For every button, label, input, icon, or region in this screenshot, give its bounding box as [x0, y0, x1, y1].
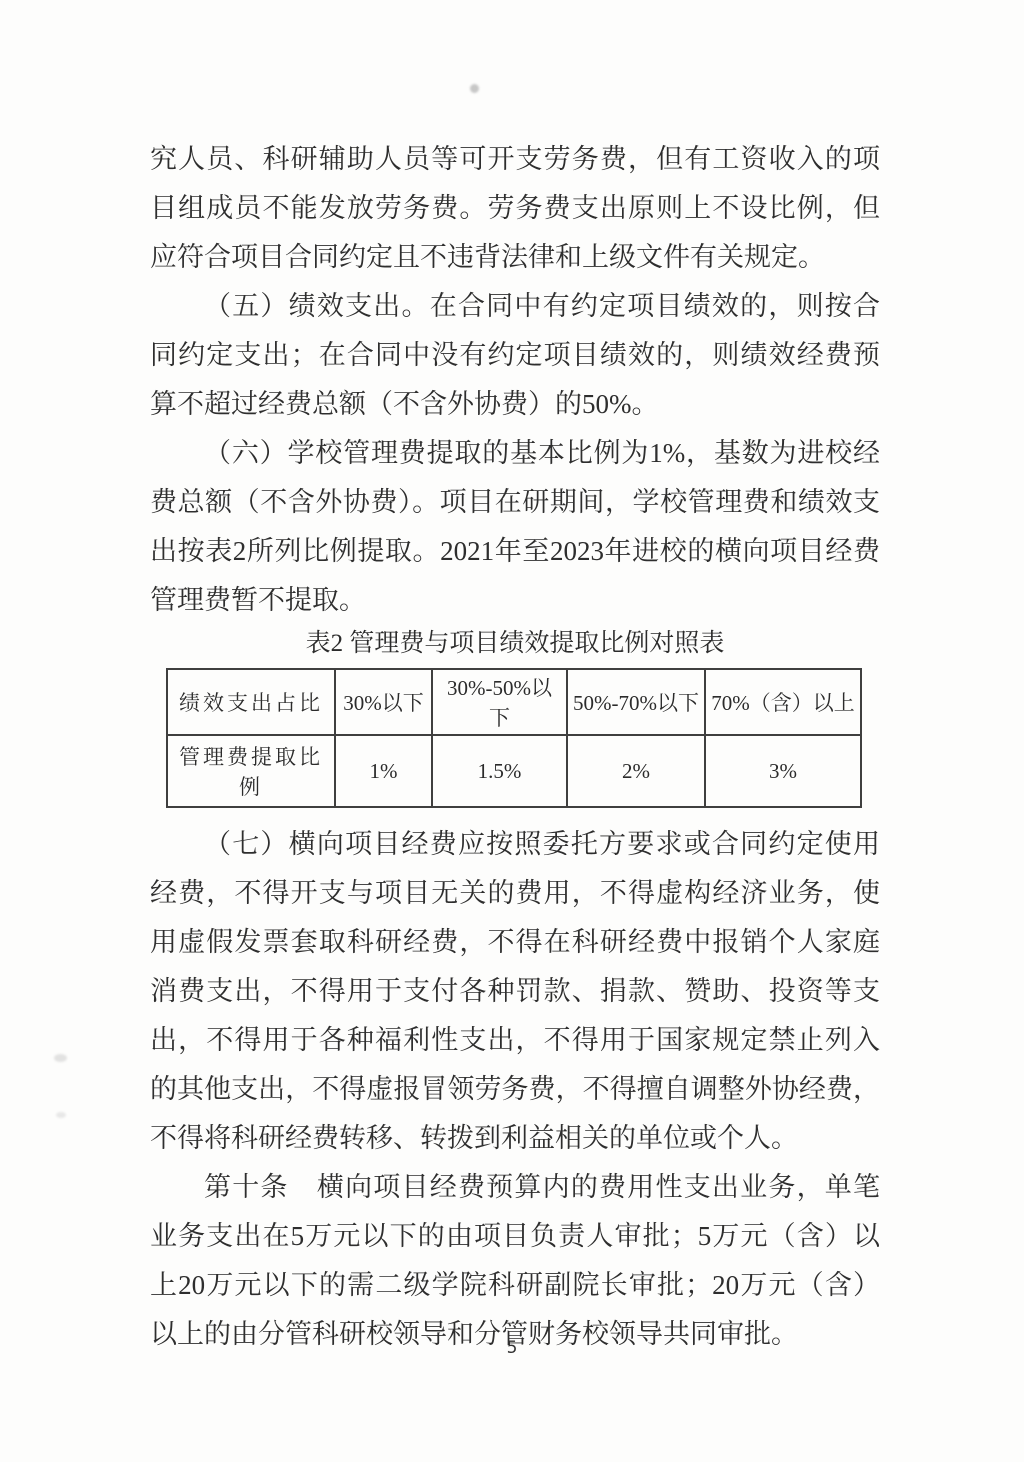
text-line: （七）横向项目经费应按照委托方要求或合同约定使用 — [150, 820, 880, 869]
table-cell: 1.5% — [432, 735, 567, 807]
document-body: 究人员、科研辅助人员等可开支劳务费，但有工资收入的项目组成员不能发放劳务费。劳务… — [150, 135, 880, 1359]
table-cell: 2% — [567, 735, 705, 807]
text-line: 第十条 横向项目经费预算内的费用性支出业务，单笔 — [150, 1163, 880, 1212]
table-header-cell: 30%以下 — [335, 669, 432, 735]
text-line: 同约定支出；在合同中没有约定项目绩效的，则绩效经费预 — [150, 331, 880, 380]
table-row: 绩效支出占比30%以下30%-50%以下50%-70%以下70%（含）以上 — [167, 669, 861, 735]
text-line: 用虚假发票套取科研经费，不得在科研经费中报销个人家庭 — [150, 918, 880, 967]
paragraph-item-7-usage-restrictions: （七）横向项目经费应按照委托方要求或合同约定使用经费，不得开支与项目无关的费用，… — [150, 820, 880, 1163]
text-line: 究人员、科研辅助人员等可开支劳务费，但有工资收入的项 — [150, 135, 880, 184]
text-line: （五）绩效支出。在合同中有约定项目绩效的，则按合 — [150, 282, 880, 331]
page-number: 5 — [0, 1338, 1024, 1358]
table-row: 管理费提取比例1%1.5%2%3% — [167, 735, 861, 807]
text-line: 出按表2所列比例提取。2021年至2023年进校的横向项目经费 — [150, 527, 880, 576]
text-line: 管理费暂不提取。 — [150, 576, 880, 625]
text-line: 的其他支出，不得虚报冒领劳务费，不得擅自调整外协经费， — [150, 1065, 880, 1114]
table-caption: 表2 管理费与项目绩效提取比例对照表 — [150, 627, 880, 661]
text-line: 消费支出，不得用于支付各种罚款、捐款、赞助、投资等支 — [150, 967, 880, 1016]
text-line: 上20万元以下的需二级学院科研副院长审批；20万元（含） — [150, 1261, 880, 1310]
table-cell: 1% — [335, 735, 432, 807]
scan-speck — [470, 84, 479, 93]
paragraph-article-10-approval: 第十条 横向项目经费预算内的费用性支出业务，单笔业务支出在5万元以下的由项目负责… — [150, 1163, 880, 1359]
scan-speck — [54, 1054, 67, 1062]
table-cell: 管理费提取比例 — [167, 735, 335, 807]
text-line: 业务支出在5万元以下的由项目负责人审批；5万元（含）以 — [150, 1212, 880, 1261]
table-header-cell: 50%-70%以下 — [567, 669, 705, 735]
paragraph-item-5-performance-expense: （五）绩效支出。在合同中有约定项目绩效的，则按合同约定支出；在合同中没有约定项目… — [150, 282, 880, 429]
table-header-cell: 绩效支出占比 — [167, 669, 335, 735]
table-header-cell: 30%-50%以下 — [432, 669, 567, 735]
table-header-cell: 70%（含）以上 — [705, 669, 861, 735]
text-line: 目组成员不能发放劳务费。劳务费支出原则上不设比例，但 — [150, 184, 880, 233]
text-line: （六）学校管理费提取的基本比例为1%，基数为进校经 — [150, 429, 880, 478]
text-line: 出，不得用于各种福利性支出，不得用于国家规定禁止列入 — [150, 1016, 880, 1065]
text-line: 经费，不得开支与项目无关的费用，不得虚构经济业务，使 — [150, 869, 880, 918]
text-line: 不得将科研经费转移、转拨到利益相关的单位或个人。 — [150, 1114, 880, 1163]
text-line: 应符合项目合同约定且不违背法律和上级文件有关规定。 — [150, 233, 880, 282]
paragraph-labor-fee-continuation: 究人员、科研辅助人员等可开支劳务费，但有工资收入的项目组成员不能发放劳务费。劳务… — [150, 135, 880, 282]
scan-speck — [56, 1112, 66, 1118]
text-line: 算不超过经费总额（不含外协费）的50%。 — [150, 380, 880, 429]
table-cell: 3% — [705, 735, 861, 807]
paragraph-item-6-management-fee: （六）学校管理费提取的基本比例为1%，基数为进校经费总额（不含外协费）。项目在研… — [150, 429, 880, 625]
document-page: 究人员、科研辅助人员等可开支劳务费，但有工资收入的项目组成员不能发放劳务费。劳务… — [0, 0, 1024, 1462]
management-fee-ratio-table: 绩效支出占比30%以下30%-50%以下50%-70%以下70%（含）以上管理费… — [166, 668, 862, 808]
text-line: 费总额（不含外协费）。项目在研期间，学校管理费和绩效支 — [150, 478, 880, 527]
